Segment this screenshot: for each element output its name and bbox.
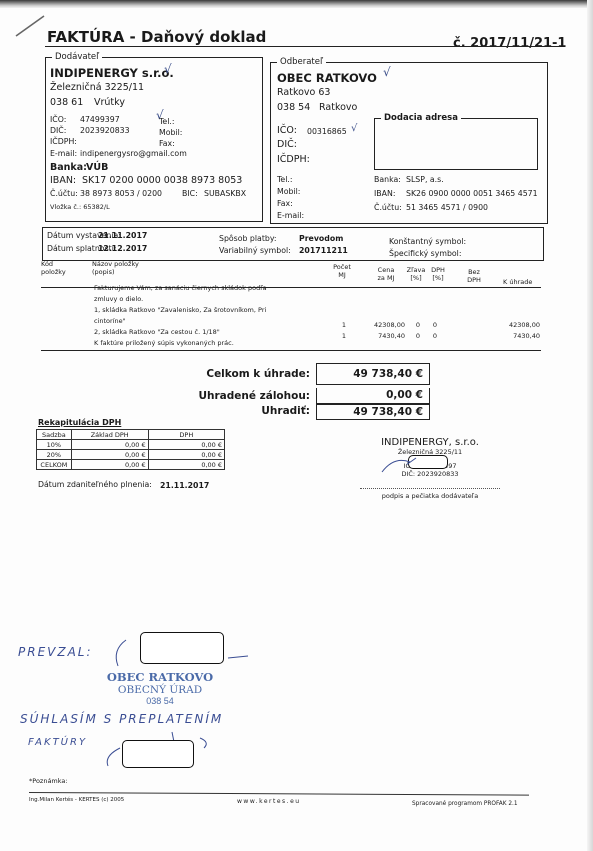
item-discount: 0 (408, 321, 420, 329)
handwritten-agreement-2: FAKTÚRY (28, 737, 87, 748)
checkmark-icon: √ (351, 123, 357, 134)
redacted-signature (140, 632, 224, 664)
item-total: 42308,00 (488, 321, 540, 329)
vat-cell: 0,00 € (71, 450, 148, 460)
vat-header-cell: Sadzba (37, 430, 72, 440)
col-code-header: Kód položky (41, 260, 71, 276)
advance-value: 0,00 € (316, 388, 430, 404)
vat-cell: 0,00 € (71, 460, 148, 470)
advance-label: Uhradené zálohou: (170, 390, 310, 402)
redacted-signature (122, 740, 194, 768)
delivery-address-legend: Dodacia adresa (381, 113, 461, 123)
supplier-iban-label: IBAN: (50, 175, 76, 186)
customer-email-label: E-mail: (277, 211, 304, 220)
customer-box: Odberateľ OBEC RATKOVO √ Ratkovo 63 038 … (270, 62, 548, 224)
supplier-city: Vrútky (94, 97, 125, 108)
item-description: Fakturujeme Vám, za sanáciu čiernych skl… (94, 283, 334, 349)
supplier-street: Železničná 3225/11 (50, 82, 144, 93)
handwritten-agreement: SÚHLASÍM S PREPLATENÍM (20, 712, 223, 726)
supplier-legend: Dodávateľ (52, 52, 102, 62)
stamp-company: INDIPENERGY, s.r.o. (370, 437, 490, 448)
table-footer-divider (41, 350, 541, 351)
payment-method: Prevodom (299, 234, 343, 243)
stamp-line-2: OBECNÝ ÚRAD (70, 684, 250, 696)
vat-cell: 0,00 € (148, 450, 224, 460)
stamp-line-3: 038 54 (70, 696, 250, 706)
supplier-bank: VÚB (86, 162, 108, 173)
supplier-dic: 2023920833 (80, 126, 130, 135)
supplier-bank-label: Banka: (50, 162, 87, 173)
vat-cell: 0,00 € (148, 460, 224, 470)
vat-cell: 20% (37, 450, 72, 460)
footer-program: Spracované programom PROFAK 2.1 (412, 801, 518, 807)
supplier-email-label: E-mail: (50, 149, 77, 158)
supplier-register: Vložka č.: 65382/L (50, 203, 110, 211)
customer-dic-label: DIČ: (277, 139, 297, 150)
pay-label: Uhradiť: (170, 405, 310, 417)
tax-date: 21.11.2017 (160, 481, 209, 490)
vat-header-row: SadzbaZáklad DPHDPH (37, 430, 225, 440)
document-title: FAKTÚRA - Daňový doklad (47, 28, 266, 46)
vat-header-cell: DPH (148, 430, 224, 440)
vat-cell: 10% (37, 440, 72, 450)
checkmark-icon: √ (164, 62, 172, 76)
title-divider (45, 46, 560, 47)
supplier-tel-label: Tel.: (159, 117, 175, 126)
customer-legend: Odberateľ (277, 57, 326, 67)
variable-symbol: 201711211 (299, 246, 348, 255)
supplier-fax-label: Fax: (159, 139, 175, 148)
description-line: 2, skládka Ratkovo "Za cestou č. 1/18" (94, 327, 334, 338)
col-net-header: Bez DPH (462, 268, 486, 284)
delivery-address-box: Dodacia adresa (374, 118, 538, 170)
item-price: 42308,00 (355, 321, 405, 329)
supplier-name: INDIPENERGY s.r.o. (50, 66, 174, 80)
invoice-number: č. 2017/11/21-1 (453, 36, 566, 51)
payment-info-box: Dátum vystavenia: 21.11.2017 Dátum splat… (42, 227, 544, 261)
customer-ico-label: IČO: (277, 125, 297, 136)
stamp-line-1: OBEC RATKOVO (70, 670, 250, 684)
item-discount: 0 (408, 332, 420, 340)
constant-symbol-label: Konštantný symbol: (389, 237, 466, 246)
vat-row: CELKOM0,00 €0,00 € (37, 460, 225, 470)
col-total-header: K úhrade (503, 278, 532, 286)
supplier-account-label: Č.účtu: (50, 189, 78, 198)
pay-value: 49 738,40 € (316, 404, 430, 420)
due-date: 12.12.2017 (98, 244, 147, 253)
item-price: 7430,40 (355, 332, 405, 340)
supplier-ico-label: IČO: (50, 115, 66, 124)
item-qty: 1 (336, 321, 346, 329)
customer-ico: 00316865 (307, 127, 347, 136)
signature-caption: podpis a pečiatka dodávateľa (360, 492, 500, 500)
supplier-zip: 038 61 (50, 97, 83, 108)
footer-author: Ing.Milan Kertés - KERTES (c) 2005 (29, 797, 124, 803)
vat-cell: 0,00 € (148, 440, 224, 450)
scan-shadow-right (587, 0, 593, 851)
description-line: K faktúre priložený súpis vykonaných prá… (94, 338, 334, 349)
supplier-box: Dodávateľ INDIPENERGY s.r.o. √ Železničn… (45, 57, 263, 222)
customer-zip: 038 54 (277, 102, 310, 113)
vat-row: 20%0,00 €0,00 € (37, 450, 225, 460)
supplier-account: 38 8973 8053 / 0200 (80, 189, 162, 198)
customer-iban: SK26 0900 0000 0051 3465 4571 (406, 189, 538, 198)
footer-website: www.kertes.eu (237, 798, 301, 805)
supplier-ico: 47499397 (80, 115, 120, 124)
item-total: 7430,40 (488, 332, 540, 340)
supplier-icdph-label: IČDPH: (50, 137, 77, 146)
customer-bank-label: Banka: (374, 175, 401, 184)
vat-cell: CELKOM (37, 460, 72, 470)
note-label: *Poznámka: (29, 777, 68, 785)
issued-date: 21.11.2017 (98, 231, 147, 240)
description-line: Fakturujeme Vám, za sanáciu čiernych skl… (94, 283, 334, 294)
col-price-header: Cena za MJ (374, 266, 398, 282)
variable-symbol-label: Variabilný symbol: (219, 246, 291, 255)
customer-tel-label: Tel.: (277, 175, 293, 184)
item-vat: 0 (425, 321, 437, 329)
vat-row: 10%0,00 €0,00 € (37, 440, 225, 450)
vat-recap-table: SadzbaZáklad DPHDPH10%0,00 €0,00 €20%0,0… (36, 429, 225, 470)
handwritten-prevzal: PREVZAL: (18, 645, 93, 659)
supplier-mobil-label: Mobil: (159, 128, 182, 137)
footer-divider (29, 792, 529, 796)
customer-iban-label: IBAN: (374, 189, 395, 198)
description-line: 1, skládka Ratkovo "Zavalenisko, Za šrot… (94, 305, 334, 316)
customer-account-label: Č.účtu: (374, 203, 402, 212)
supplier-bic: SUBASKBX (204, 189, 246, 198)
col-vat-header: DPH [%] (428, 266, 448, 282)
checkmark-icon: √ (383, 65, 391, 79)
total-value: 49 738,40 € (316, 363, 430, 385)
total-label: Celkom k úhrade: (170, 368, 310, 380)
vat-cell: 0,00 € (71, 440, 148, 450)
supplier-iban: SK17 0200 0000 0038 8973 8053 (82, 175, 242, 186)
col-discount-header: Zľava [%] (405, 266, 427, 282)
description-line: cintoríne" (94, 316, 334, 327)
supplier-email: indipenergysro@gmail.com (80, 149, 187, 158)
customer-bank: SLSP, a.s. (406, 175, 444, 184)
supplier-dic-label: DIČ: (50, 126, 66, 135)
customer-street: Ratkovo 63 (277, 87, 330, 98)
pen-stroke-mark (14, 14, 46, 38)
customer-fax-label: Fax: (277, 199, 293, 208)
customer-mobil-label: Mobil: (277, 187, 300, 196)
customer-account: 51 3465 4571 / 0900 (406, 203, 488, 212)
supplier-bic-label: BIC: (182, 189, 198, 198)
col-name-header: Názov položky (popis) (92, 260, 142, 276)
customer-icdph-label: IČDPH: (277, 154, 310, 165)
col-qty-header: Počet MJ (330, 263, 354, 279)
customer-name: OBEC RATKOVO (277, 71, 377, 85)
item-qty: 1 (336, 332, 346, 340)
scan-shadow-top (0, 0, 593, 8)
payment-method-label: Spôsob platby: (219, 234, 277, 243)
specific-symbol-label: Špecifický symbol: (389, 249, 461, 258)
tax-date-label: Dátum zdaniteľného plnenia: (38, 480, 152, 489)
vat-header-cell: Základ DPH (71, 430, 148, 440)
description-line: zmluvy o dielo. (94, 294, 334, 305)
customer-city: Ratkovo (319, 102, 357, 113)
signature-stroke (380, 452, 420, 474)
signature-line (360, 488, 500, 489)
item-vat: 0 (425, 332, 437, 340)
vat-recap-title: Rekapitulácia DPH (38, 418, 121, 427)
municipality-stamp: OBEC RATKOVO OBECNÝ ÚRAD 038 54 (70, 670, 250, 706)
